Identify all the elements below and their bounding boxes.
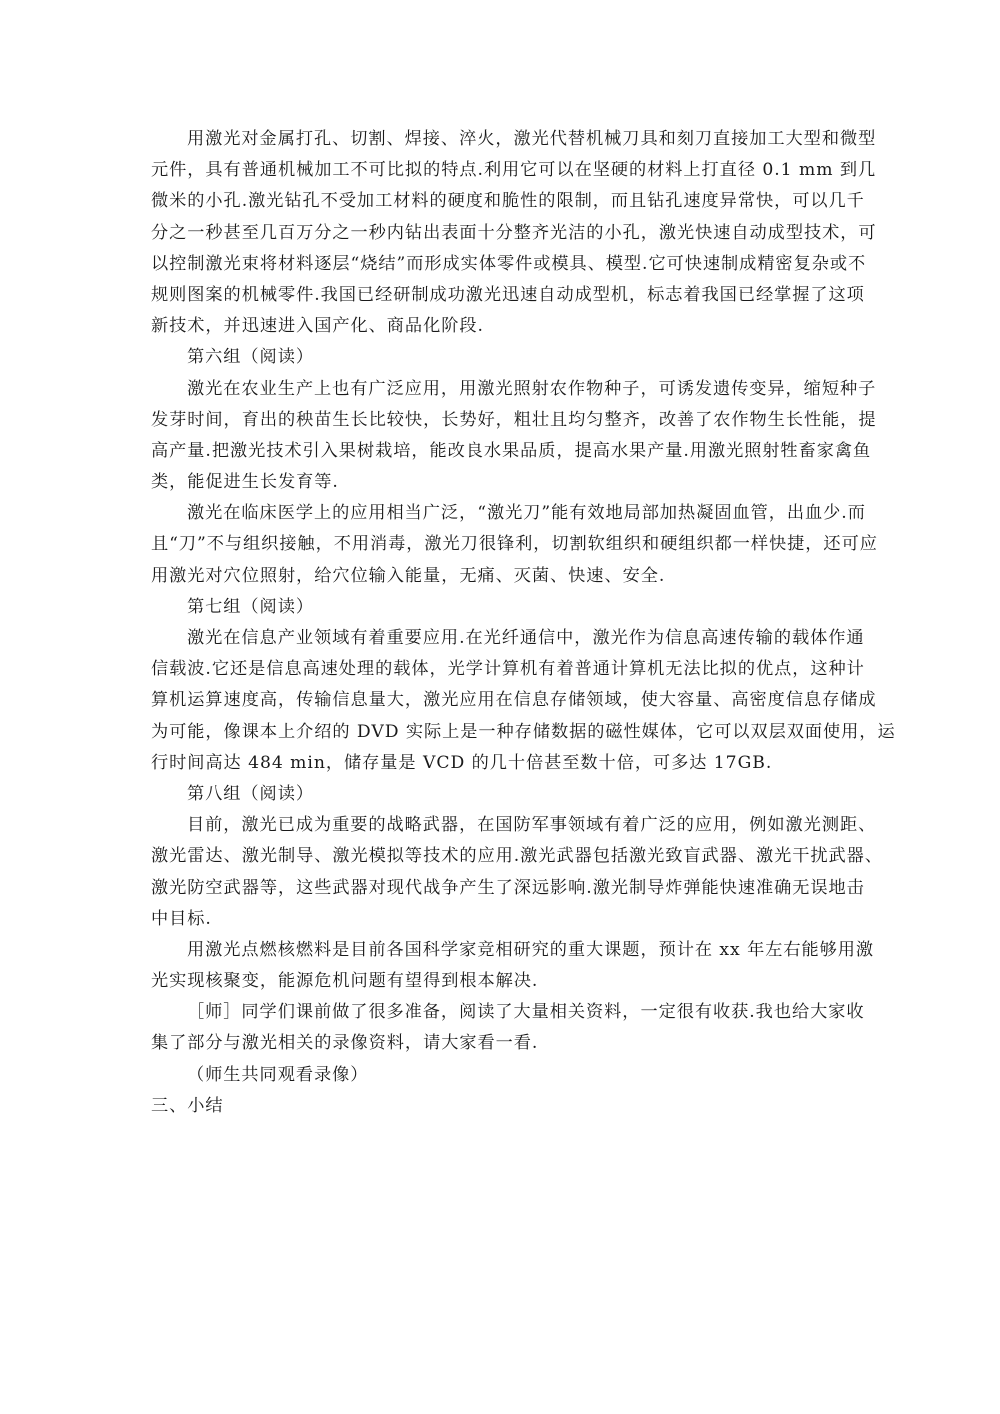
text-line: 类，能促进生长发育等. (151, 467, 851, 498)
text-line: 用激光对穴位照射，给穴位输入能量，无痛、灭菌、快速、安全. (151, 561, 851, 592)
paragraph-military: 目前，激光已成为重要的战略武器，在国防军事领域有着广泛的应用，例如激光测距、 激… (151, 810, 851, 935)
text-line: 规则图案的机械零件.我国已经研制成功激光迅速自动成型机，标志着我国已经掌握了这项 (151, 280, 851, 311)
document-page: 用激光对金属打孔、切割、焊接、淬火，激光代替机械刀具和刻刀直接加工大型和微型 元… (151, 124, 851, 1122)
text-line: 高产量.把激光技术引入果树栽培，能改良水果品质，提高水果产量.用激光照射牲畜家禽… (151, 436, 851, 467)
paragraph-information: 激光在信息产业领域有着重要应用.在光纤通信中，激光作为信息高速传输的载体作通 信… (151, 623, 851, 779)
text-line: ［师］同学们课前做了很多准备，阅读了大量相关资料，一定很有收获.我也给大家收 (151, 997, 851, 1028)
text-line: 行时间高达 484 min，储存量是 VCD 的几十倍甚至数十倍，可多达 17G… (151, 748, 851, 779)
paragraph-agriculture: 激光在农业生产上也有广泛应用，用激光照射农作物种子，可诱发遗传变异，缩短种子 发… (151, 374, 851, 499)
group-heading-7: 第七组（阅读） (151, 592, 851, 623)
text-line: 分之一秒甚至几百万分之一秒内钻出表面十分整齐光洁的小孔，激光快速自动成型技术，可 (151, 218, 851, 249)
text-line: 新技术，并迅速进入国产化、商品化阶段. (151, 311, 851, 342)
text-line: 元件，具有普通机械加工不可比拟的特点.利用它可以在坚硬的材料上打直径 0.1 m… (151, 155, 851, 186)
paragraph-nuclear-fusion: 用激光点燃核燃料是目前各国科学家竞相研究的重大课题，预计在 xx 年左右能够用激… (151, 935, 851, 997)
text-line: 信载波.它还是信息高速处理的载体，光学计算机有着普通计算机无法比拟的优点，这种计 (151, 654, 851, 685)
group-heading-8: 第八组（阅读） (151, 779, 851, 810)
paragraph-laser-machining: 用激光对金属打孔、切割、焊接、淬火，激光代替机械刀具和刻刀直接加工大型和微型 元… (151, 124, 851, 342)
text-line: 激光防空武器等，这些武器对现代战争产生了深远影响.激光制导炸弹能快速准确无误地击 (151, 873, 851, 904)
paragraph-medicine: 激光在临床医学上的应用相当广泛，“激光刀”能有效地局部加热凝固血管，出血少.而 … (151, 498, 851, 592)
text-line: 目前，激光已成为重要的战略武器，在国防军事领域有着广泛的应用，例如激光测距、 (151, 810, 851, 841)
text-line: 发芽时间，育出的秧苗生长比较快，长势好，粗壮且均匀整齐，改善了农作物生长性能，提 (151, 405, 851, 436)
text-line: 激光在临床医学上的应用相当广泛，“激光刀”能有效地局部加热凝固血管，出血少.而 (151, 498, 851, 529)
paragraph-teacher-remarks: ［师］同学们课前做了很多准备，阅读了大量相关资料，一定很有收获.我也给大家收 集… (151, 997, 851, 1059)
text-line: 且“刀”不与组织接触，不用消毒，激光刀很锋利，切割软组织和硬组织都一样快捷，还可… (151, 529, 851, 560)
text-line: 用激光对金属打孔、切割、焊接、淬火，激光代替机械刀具和刻刀直接加工大型和微型 (151, 124, 851, 155)
text-line: 激光雷达、激光制导、激光模拟等技术的应用.激光武器包括激光致盲武器、激光干扰武器… (151, 841, 851, 872)
text-line: 为可能，像课本上介绍的 DVD 实际上是一种存储数据的磁性媒体，它可以双层双面使… (151, 717, 851, 748)
section-heading-summary: 三、小结 (151, 1091, 851, 1122)
text-line: 光实现核聚变，能源危机问题有望得到根本解决. (151, 966, 851, 997)
text-line: 中目标. (151, 904, 851, 935)
text-line: 微米的小孔.激光钻孔不受加工材料的硬度和脆性的限制，而且钻孔速度异常快，可以几千 (151, 186, 851, 217)
text-line: 激光在信息产业领域有着重要应用.在光纤通信中，激光作为信息高速传输的载体作通 (151, 623, 851, 654)
stage-note: （师生共同观看录像） (151, 1060, 851, 1091)
text-line: 集了部分与激光相关的录像资料，请大家看一看. (151, 1028, 851, 1059)
text-line: 用激光点燃核燃料是目前各国科学家竞相研究的重大课题，预计在 xx 年左右能够用激 (151, 935, 851, 966)
group-heading-6: 第六组（阅读） (151, 342, 851, 373)
text-line: 以控制激光束将材料逐层“烧结”而形成实体零件或模具、模型.它可快速制成精密复杂或… (151, 249, 851, 280)
text-line: 算机运算速度高，传输信息量大，激光应用在信息存储领域，使大容量、高密度信息存储成 (151, 685, 851, 716)
text-line: 激光在农业生产上也有广泛应用，用激光照射农作物种子，可诱发遗传变异，缩短种子 (151, 374, 851, 405)
